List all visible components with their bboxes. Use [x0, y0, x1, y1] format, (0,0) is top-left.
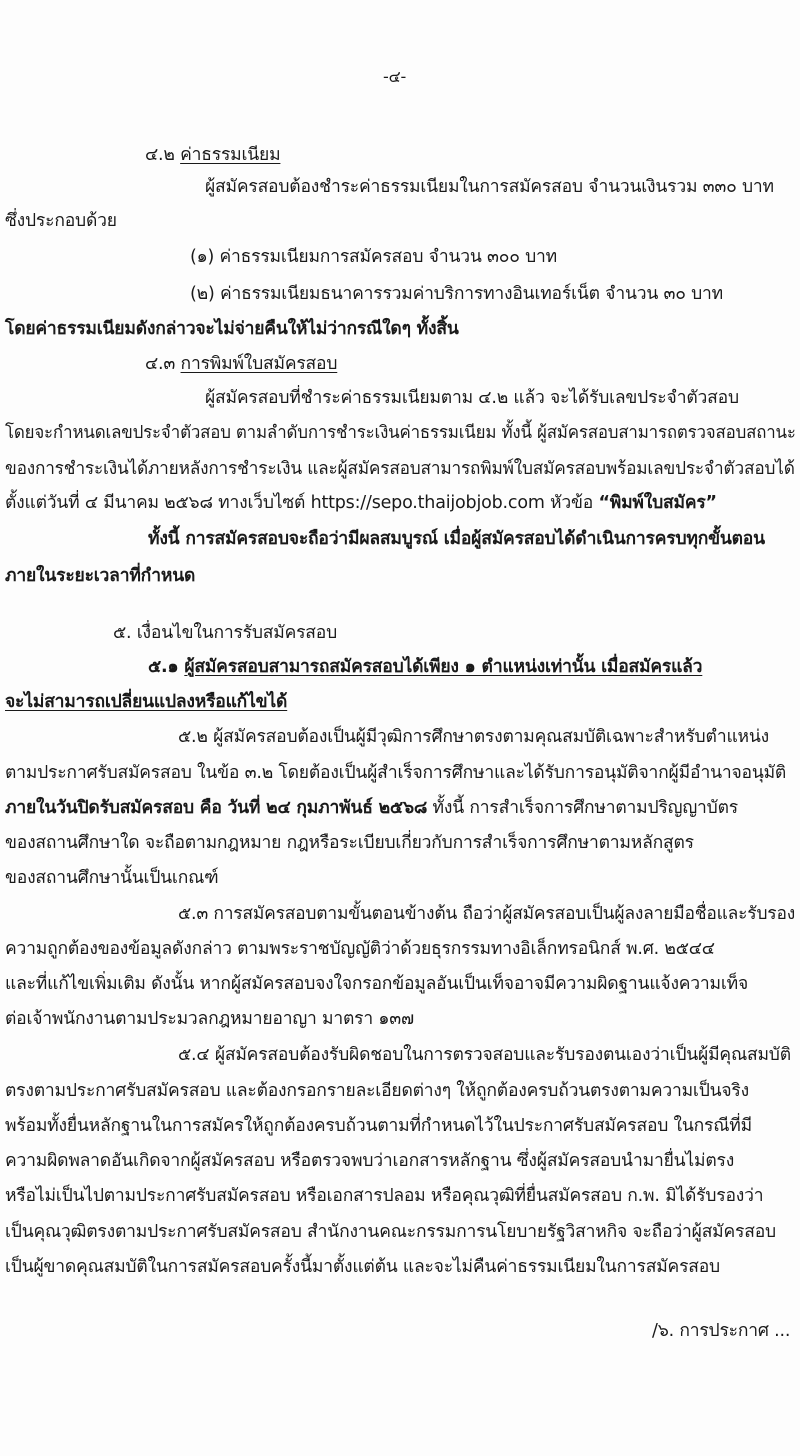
closing-date-text: ภายในวันปิดรับสมัครสอบ คือ วันที่ ๒๔ กุม…: [5, 798, 427, 818]
text-span: ตั้งแต่วันที่ ๔ มีนาคม ๒๕๖๘ ทางเว็บไซต์: [5, 493, 311, 513]
paragraph-line: โดยจะกำหนดเลขประจำตัวสอบ ตามลำดับการชำระ…: [5, 422, 796, 444]
paragraph-line: ของสถานศึกษานั้นเป็นเกณฑ์: [5, 867, 218, 889]
document-page: -๔- ๔.๒ ค่าธรรมเนียม ผู้สมัครสอบต้องชำระ…: [0, 0, 800, 1456]
page-number: -๔-: [383, 66, 406, 88]
paragraph-line: ความผิดพลาดอันเกิดจากผู้สมัครสอบ หรือตรว…: [5, 1150, 734, 1172]
paragraph-line: ตรงตามประกาศรับสมัครสอบ และต้องกรอกรายละ…: [5, 1080, 749, 1102]
section-title: การพิมพ์ใบสมัครสอบ: [181, 354, 338, 374]
section-number: ๕.๑: [148, 657, 178, 677]
website-url: https://sepo.thaijobjob.com: [311, 493, 545, 513]
paragraph-line: หรือไม่เป็นไปตามประกาศรับสมัครสอบ หรือเอ…: [5, 1185, 763, 1207]
section-5-1-line: จะไม่สามารถเปลี่ยนแปลงหรือแก้ไขได้: [5, 691, 287, 713]
text-span: หัวข้อ: [545, 493, 599, 513]
paragraph-line: ๕.๒ ผู้สมัครสอบต้องเป็นผู้มีวุฒิการศึกษา…: [178, 726, 769, 748]
bold-paragraph-line: ทั้งนี้ การสมัครสอบจะถือว่ามีผลสมบูรณ์ เ…: [148, 528, 765, 550]
paragraph-line: ของการชำระเงินได้ภายหลังการชำระเงิน และผ…: [5, 458, 795, 480]
section-5-heading: ๕. เงื่อนไขในการรับสมัครสอบ: [113, 622, 337, 644]
paragraph-line: ต่อเจ้าพนักงานตามประมวลกฎหมายอาญา มาตรา …: [5, 1008, 414, 1030]
paragraph-line: ความถูกต้องของข้อมูลดังกล่าว ตามพระราชบั…: [5, 938, 715, 960]
paragraph-line: พร้อมทั้งยื่นหลักฐานในการสมัครให้ถูกต้อง…: [5, 1115, 752, 1137]
bold-paragraph-line: ภายในระยะเวลาที่กำหนด: [5, 565, 195, 587]
list-item: (๒) ค่าธรรมเนียมธนาคารรวมค่าบริการทางอิน…: [190, 283, 723, 305]
underlined-text: ผู้สมัครสอบสามารถสมัครสอบได้เพียง ๑ ตำแห…: [184, 657, 702, 677]
section-number: ๔.๒: [145, 145, 175, 165]
paragraph-line: ผู้สมัครสอบที่ชำระค่าธรรมเนียมตาม ๔.๒ แล…: [205, 387, 739, 409]
fee-note: โดยค่าธรรมเนียมดังกล่าวจะไม่จ่ายคืนให้ไม…: [5, 318, 459, 340]
paragraph-line: ภายในวันปิดรับสมัครสอบ คือ วันที่ ๒๔ กุม…: [5, 797, 738, 819]
text-span: ทั้งนี้ การสำเร็จการศึกษาตามปริญญาบัตร: [427, 798, 738, 818]
topic-label: “พิมพ์ใบสมัคร”: [598, 493, 716, 513]
list-item: (๑) ค่าธรรมเนียมการสมัครสอบ จำนวน ๓๐๐ บา…: [190, 246, 557, 268]
paragraph-line: และที่แก้ไขเพิ่มเติม ดังนั้น หากผู้สมัคร…: [5, 973, 748, 995]
section-5-1-line: ๕.๑ ผู้สมัครสอบสามารถสมัครสอบได้เพียง ๑ …: [148, 656, 702, 678]
section-number: ๔.๓: [145, 354, 175, 374]
paragraph-line: เป็นผู้ขาดคุณสมบัติในการสมัครสอบครั้งนี้…: [5, 1256, 720, 1278]
paragraph-line: ซึ่งประกอบด้วย: [5, 210, 117, 232]
section-4-2-heading: ๔.๒ ค่าธรรมเนียม: [145, 144, 280, 166]
section-4-3-heading: ๔.๓ การพิมพ์ใบสมัครสอบ: [145, 353, 337, 375]
paragraph-line: ตามประกาศรับสมัครสอบ ในข้อ ๓.๒ โดยต้องเป…: [5, 762, 786, 784]
paragraph-line: เป็นคุณวุฒิตรงตามประกาศรับสมัครสอบ สำนัก…: [5, 1221, 776, 1243]
paragraph-line: ผู้สมัครสอบต้องชำระค่าธรรมเนียมในการสมัค…: [205, 176, 774, 198]
continuation-marker: /๖. การประกาศ ...: [652, 1320, 790, 1342]
section-title: ค่าธรรมเนียม: [180, 145, 280, 165]
paragraph-line: ๕.๔ ผู้สมัครสอบต้องรับผิดชอบในการตรวจสอบ…: [178, 1044, 791, 1066]
paragraph-line: ของสถานศึกษาใด จะถือตามกฎหมาย กฎหรือระเบ…: [5, 832, 694, 854]
paragraph-line: ๕.๓ การสมัครสอบตามขั้นตอนข้างต้น ถือว่าผ…: [178, 903, 795, 925]
paragraph-line: ตั้งแต่วันที่ ๔ มีนาคม ๒๕๖๘ ทางเว็บไซต์ …: [5, 492, 717, 514]
